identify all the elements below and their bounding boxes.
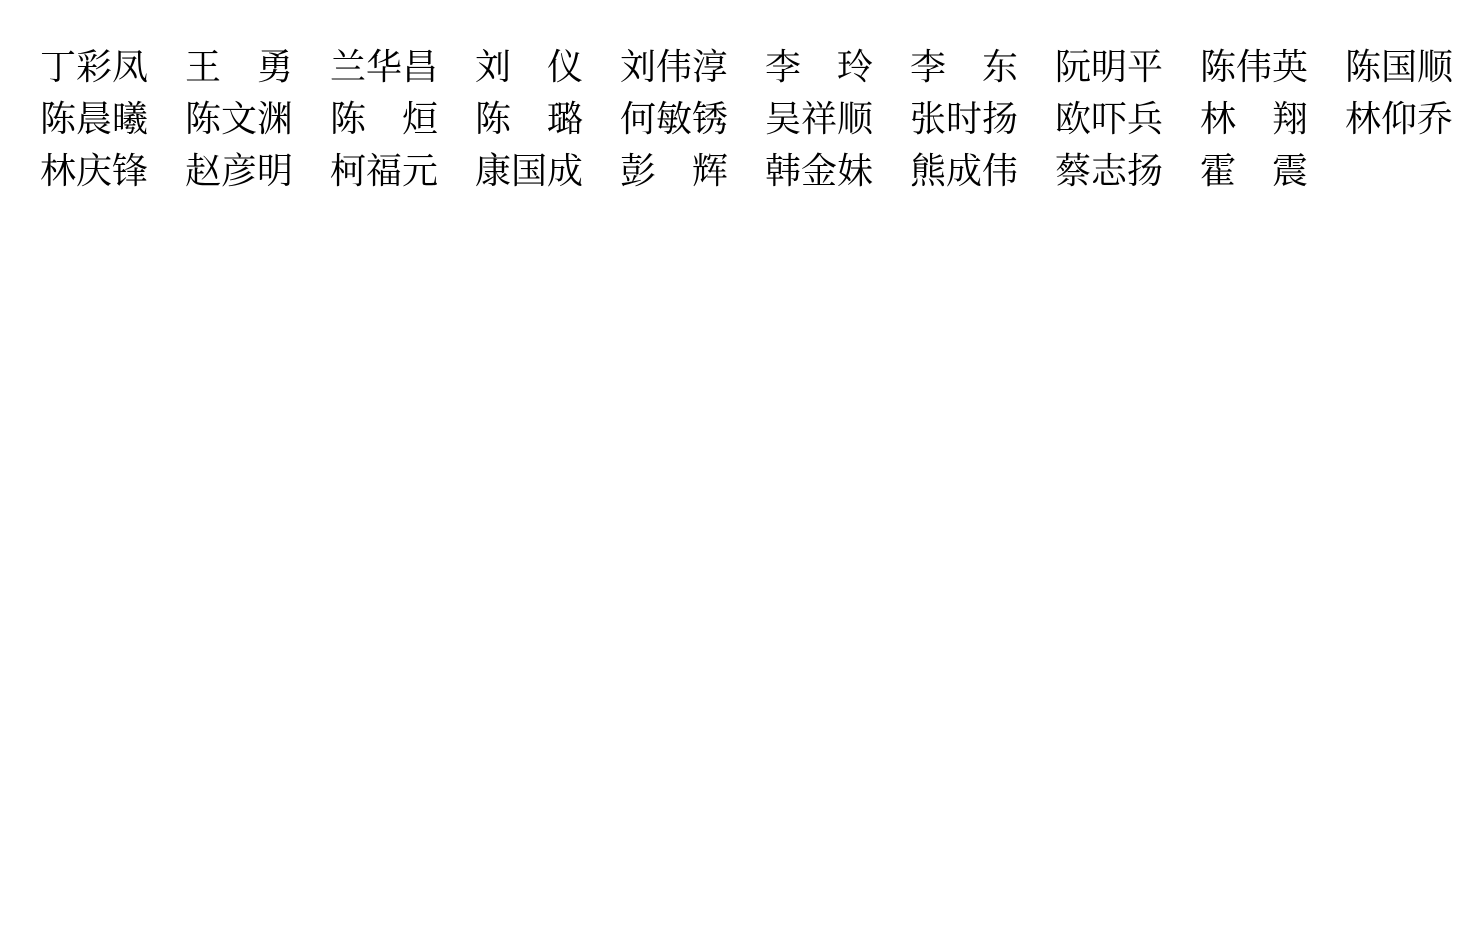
name-char: 陈 bbox=[1345, 49, 1381, 85]
name-char: 时 bbox=[946, 101, 982, 137]
name-item: 欧吓兵 bbox=[1055, 101, 1163, 137]
name-item: 丁彩凤 bbox=[40, 49, 148, 85]
name-item: 阮明平 bbox=[1055, 49, 1163, 85]
name-char: 顺 bbox=[837, 101, 873, 137]
name-char: 凤 bbox=[112, 49, 148, 85]
name-char: 霍 bbox=[1200, 153, 1236, 189]
document-page: 丁彩凤王勇兰华昌刘仪刘伟淳李玲李东阮明平陈伟英陈国顺陈晨曦陈文渊陈烜陈璐何敏锈吴… bbox=[0, 0, 1478, 947]
name-item: 王勇 bbox=[185, 49, 293, 85]
name-char: 平 bbox=[1127, 49, 1163, 85]
name-char: 仪 bbox=[547, 49, 583, 85]
name-char: 蔡 bbox=[1055, 153, 1091, 189]
name-item: 林仰乔 bbox=[1345, 101, 1453, 137]
name-char: 华 bbox=[366, 49, 402, 85]
name-char: 赵 bbox=[185, 153, 221, 189]
name-char: 庆 bbox=[76, 153, 112, 189]
name-char: 扬 bbox=[982, 101, 1018, 137]
name-char: 伟 bbox=[1236, 49, 1272, 85]
name-char: 震 bbox=[1272, 153, 1308, 189]
name-char: 乔 bbox=[1417, 101, 1453, 137]
name-char: 张 bbox=[910, 101, 946, 137]
name-char: 韩 bbox=[765, 153, 801, 189]
name-char: 刘 bbox=[475, 49, 511, 85]
name-char: 国 bbox=[1381, 49, 1417, 85]
name-item: 林庆锋 bbox=[40, 153, 148, 189]
name-item: 吴祥顺 bbox=[765, 101, 873, 137]
name-char: 成 bbox=[547, 153, 583, 189]
name-char: 林 bbox=[1200, 101, 1236, 137]
name-item: 柯福元 bbox=[330, 153, 438, 189]
name-char: 敏 bbox=[656, 101, 692, 137]
name-row: 陈晨曦陈文渊陈烜陈璐何敏锈吴祥顺张时扬欧吓兵林翔林仰乔 bbox=[40, 93, 1478, 145]
name-item: 陈烜 bbox=[330, 101, 438, 137]
name-item: 陈伟英 bbox=[1200, 49, 1308, 85]
name-char: 林 bbox=[40, 153, 76, 189]
name-char: 祥 bbox=[801, 101, 837, 137]
name-char: 烜 bbox=[402, 101, 438, 137]
name-item: 李东 bbox=[910, 49, 1018, 85]
name-char: 璐 bbox=[547, 101, 583, 137]
name-item: 彭辉 bbox=[620, 153, 728, 189]
name-char: 玲 bbox=[837, 49, 873, 85]
name-char: 陈 bbox=[1200, 49, 1236, 85]
name-item: 蔡志扬 bbox=[1055, 153, 1163, 189]
name-char: 仰 bbox=[1381, 101, 1417, 137]
name-char: 英 bbox=[1272, 49, 1308, 85]
name-char: 曦 bbox=[112, 101, 148, 137]
name-item: 陈国顺 bbox=[1345, 49, 1453, 85]
name-item: 张时扬 bbox=[910, 101, 1018, 137]
name-char: 元 bbox=[402, 153, 438, 189]
name-char: 彭 bbox=[620, 153, 656, 189]
name-char: 淳 bbox=[692, 49, 728, 85]
name-char: 吴 bbox=[765, 101, 801, 137]
name-item: 刘伟淳 bbox=[620, 49, 728, 85]
name-item: 陈晨曦 bbox=[40, 101, 148, 137]
name-item: 李玲 bbox=[765, 49, 873, 85]
name-char: 福 bbox=[366, 153, 402, 189]
name-row: 林庆锋赵彦明柯福元康国成彭辉韩金妹熊成伟蔡志扬霍震 bbox=[40, 145, 1478, 197]
name-char: 金 bbox=[801, 153, 837, 189]
name-char: 刘 bbox=[620, 49, 656, 85]
name-char: 陈 bbox=[475, 101, 511, 137]
name-char: 李 bbox=[765, 49, 801, 85]
name-char: 彩 bbox=[76, 49, 112, 85]
name-char: 兵 bbox=[1127, 101, 1163, 137]
name-char: 兰 bbox=[330, 49, 366, 85]
name-char: 明 bbox=[1091, 49, 1127, 85]
name-char: 东 bbox=[982, 49, 1018, 85]
name-char: 文 bbox=[221, 101, 257, 137]
name-item: 霍震 bbox=[1200, 153, 1308, 189]
name-char: 晨 bbox=[76, 101, 112, 137]
name-char: 志 bbox=[1091, 153, 1127, 189]
name-item: 康国成 bbox=[475, 153, 583, 189]
name-char: 陈 bbox=[330, 101, 366, 137]
name-char: 林 bbox=[1345, 101, 1381, 137]
name-char: 昌 bbox=[402, 49, 438, 85]
name-char: 伟 bbox=[982, 153, 1018, 189]
name-char: 扬 bbox=[1127, 153, 1163, 189]
name-char: 成 bbox=[946, 153, 982, 189]
name-item: 兰华昌 bbox=[330, 49, 438, 85]
name-char: 彦 bbox=[221, 153, 257, 189]
name-list: 丁彩凤王勇兰华昌刘仪刘伟淳李玲李东阮明平陈伟英陈国顺陈晨曦陈文渊陈烜陈璐何敏锈吴… bbox=[0, 0, 1478, 197]
name-char: 阮 bbox=[1055, 49, 1091, 85]
name-char: 吓 bbox=[1091, 101, 1127, 137]
name-char: 辉 bbox=[692, 153, 728, 189]
name-char: 何 bbox=[620, 101, 656, 137]
name-char: 明 bbox=[257, 153, 293, 189]
name-item: 何敏锈 bbox=[620, 101, 728, 137]
name-char: 妹 bbox=[837, 153, 873, 189]
name-item: 刘仪 bbox=[475, 49, 583, 85]
name-char: 渊 bbox=[257, 101, 293, 137]
name-char: 李 bbox=[910, 49, 946, 85]
name-char: 康 bbox=[475, 153, 511, 189]
name-char: 王 bbox=[185, 49, 221, 85]
name-row: 丁彩凤王勇兰华昌刘仪刘伟淳李玲李东阮明平陈伟英陈国顺 bbox=[40, 41, 1478, 93]
name-char: 欧 bbox=[1055, 101, 1091, 137]
name-char: 锈 bbox=[692, 101, 728, 137]
name-char: 锋 bbox=[112, 153, 148, 189]
name-item: 赵彦明 bbox=[185, 153, 293, 189]
name-char: 国 bbox=[511, 153, 547, 189]
name-char: 顺 bbox=[1417, 49, 1453, 85]
name-char: 陈 bbox=[40, 101, 76, 137]
name-char: 陈 bbox=[185, 101, 221, 137]
name-char: 熊 bbox=[910, 153, 946, 189]
name-item: 熊成伟 bbox=[910, 153, 1018, 189]
name-item: 陈璐 bbox=[475, 101, 583, 137]
name-char: 勇 bbox=[257, 49, 293, 85]
name-item: 韩金妹 bbox=[765, 153, 873, 189]
name-char: 柯 bbox=[330, 153, 366, 189]
name-char: 翔 bbox=[1272, 101, 1308, 137]
name-char: 丁 bbox=[40, 49, 76, 85]
name-item: 林翔 bbox=[1200, 101, 1308, 137]
name-char: 伟 bbox=[656, 49, 692, 85]
name-item: 陈文渊 bbox=[185, 101, 293, 137]
